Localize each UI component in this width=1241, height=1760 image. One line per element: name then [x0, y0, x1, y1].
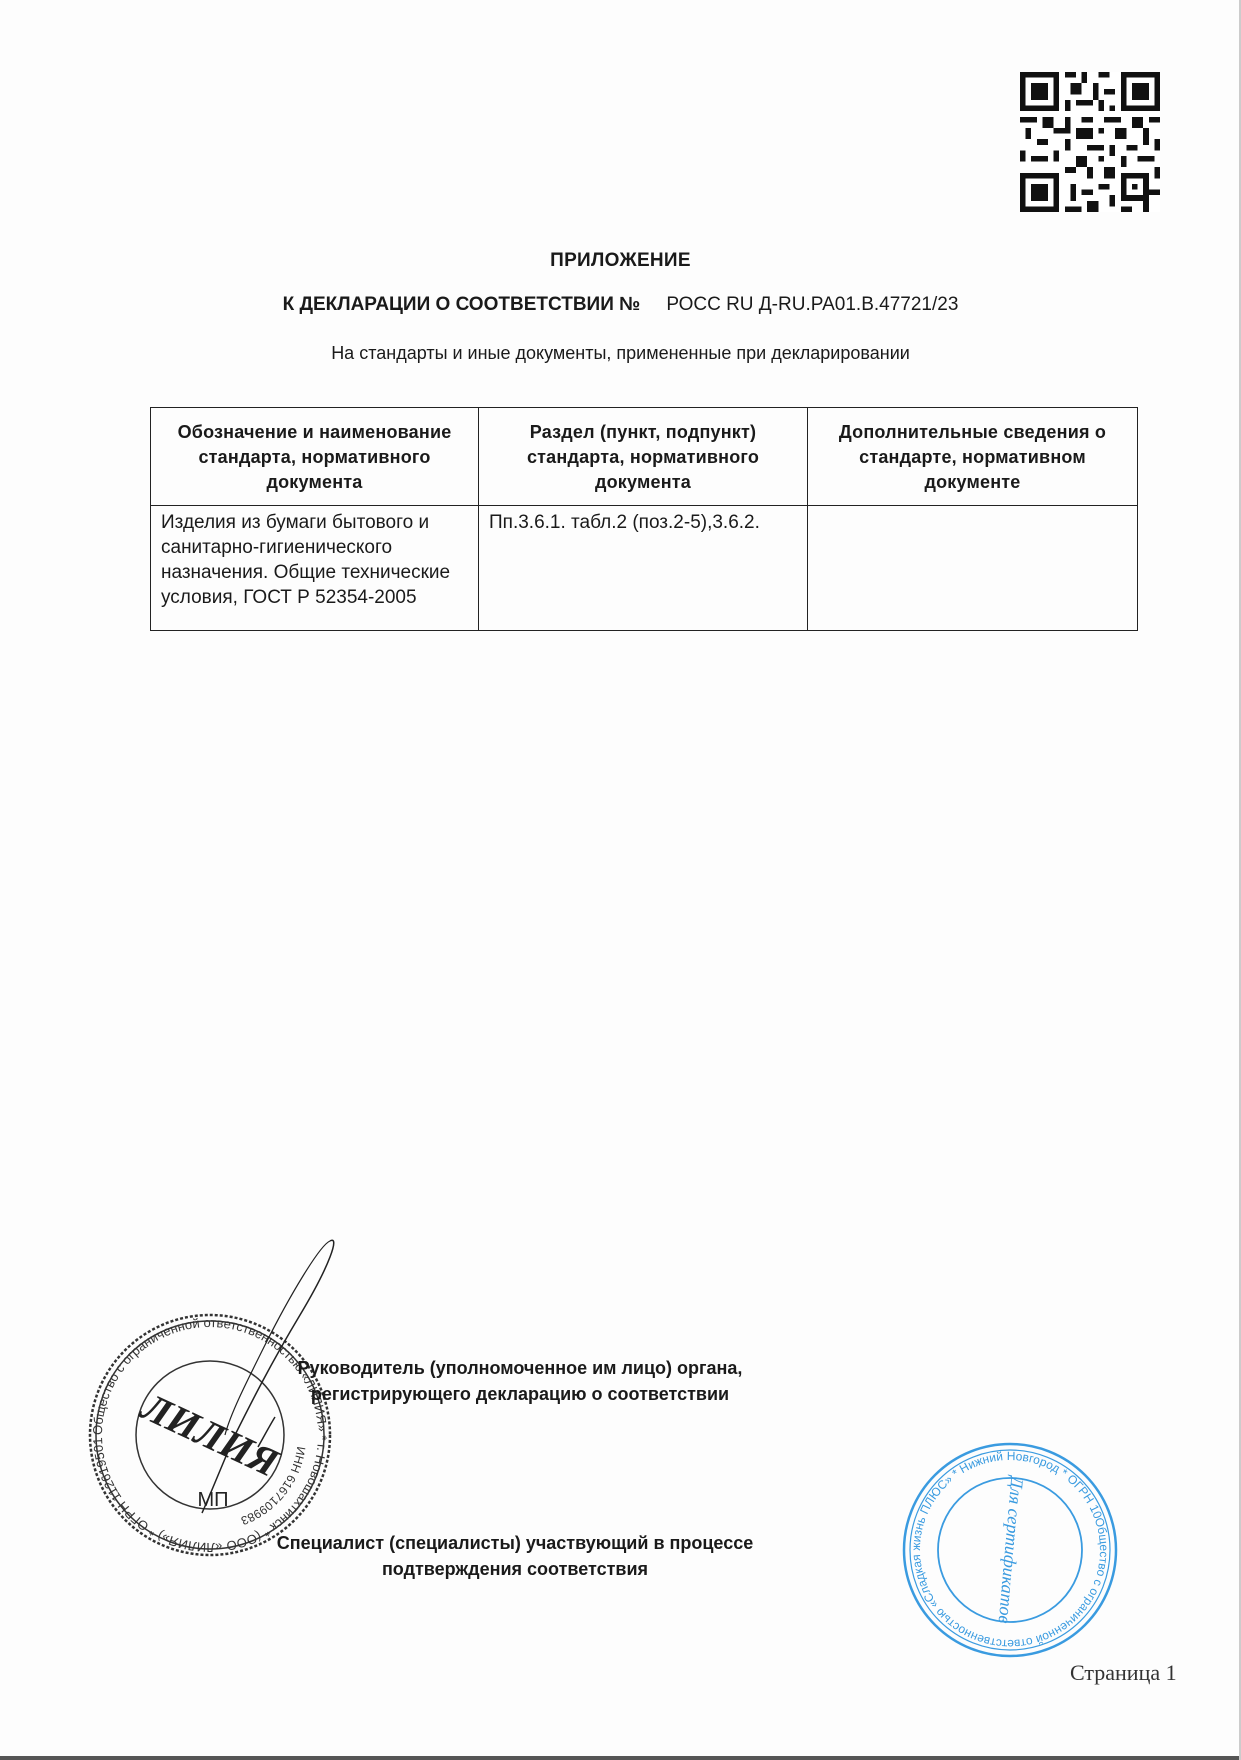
table-header-row: Обозначение и наименование стандарта, но… [151, 408, 1138, 506]
page-number: Страница 1 [1070, 1660, 1177, 1686]
declaration-number: РОСС RU Д-RU.РА01.В.47721/23 [666, 294, 958, 315]
cell-standard-text: Изделия из бумаги бытового и санитарно-г… [161, 510, 468, 630]
declaration-line: К ДЕКЛАРАЦИИ О СООТВЕТСТВИИ №РОСС RU Д-R… [0, 294, 1241, 316]
specialist-signature-label: Специалист (специалисты) участвующий в п… [270, 1530, 760, 1582]
cell-standard: Изделия из бумаги бытового и санитарно-г… [151, 506, 479, 631]
table-row: Изделия из бумаги бытового и санитарно-г… [151, 506, 1138, 631]
document-subtitle: На стандарты и иные документы, примененн… [0, 343, 1241, 364]
column-header-additional: Дополнительные сведения о стандарте, нор… [808, 408, 1138, 506]
cell-additional-text [818, 510, 1127, 630]
scan-bottom-edge [0, 1756, 1241, 1760]
head-signature-label: Руководитель (уполномоченное им лицо) ор… [280, 1355, 760, 1407]
standards-table: Обозначение и наименование стандарта, но… [150, 407, 1138, 631]
document-title: ПРИЛОЖЕНИЕ [0, 250, 1241, 272]
qr-code-icon [1020, 72, 1160, 212]
cell-section-text: Пп.3.6.1. табл.2 (поз.2-5),3.6.2. [489, 510, 797, 630]
declaration-label: К ДЕКЛАРАЦИИ О СООТВЕТСТВИИ № [283, 294, 641, 315]
cell-section: Пп.3.6.1. табл.2 (поз.2-5),3.6.2. [479, 506, 808, 631]
column-header-standard: Обозначение и наименование стандарта, но… [151, 408, 479, 506]
certificates-stamp: Общество с ограниченной ответственностью… [900, 1440, 1120, 1660]
column-header-section: Раздел (пункт, подпункт) стандарта, норм… [479, 408, 808, 506]
svg-text:Для сертификатов: Для сертификатов [995, 1474, 1028, 1625]
qr-code [1020, 72, 1160, 212]
cell-additional [808, 506, 1138, 631]
